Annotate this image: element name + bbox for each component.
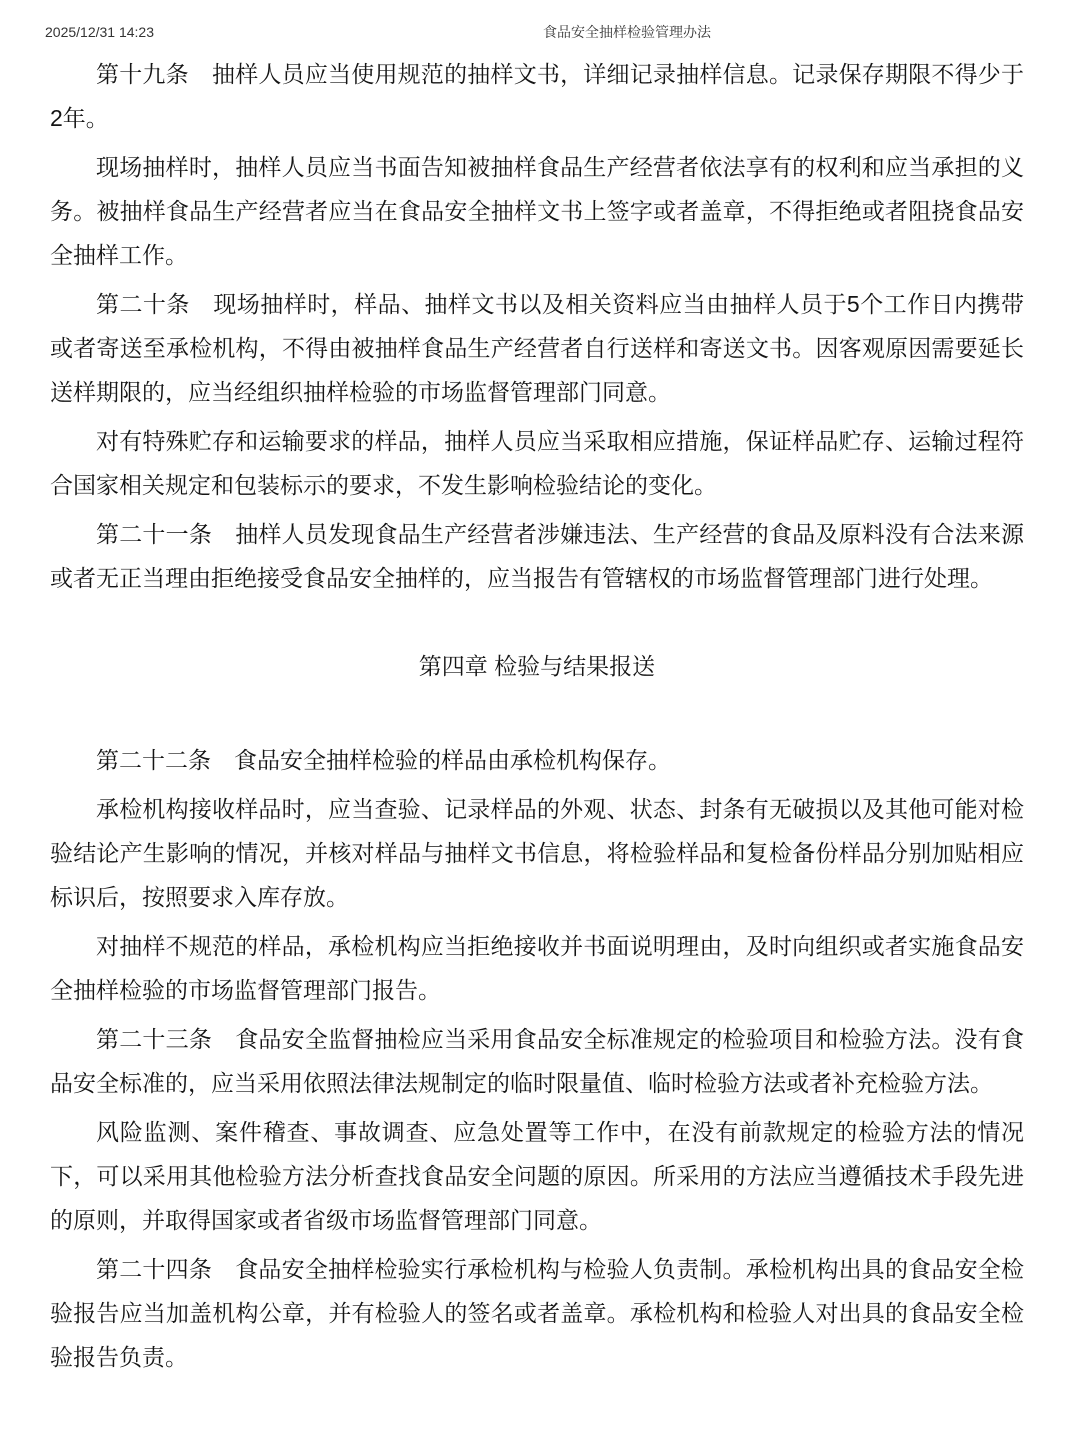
paragraph: 第二十二条 食品安全抽样检验的样品由承检机构保存。 — [50, 738, 1024, 782]
chapter-heading: 第四章 检验与结果报送 — [50, 644, 1024, 688]
paragraph: 现场抽样时，抽样人员应当书面告知被抽样食品生产经营者依法享有的权利和应当承担的义… — [50, 145, 1024, 277]
paragraph: 第二十四条 食品安全抽样检验实行承检机构与检验人负责制。承检机构出具的食品安全检… — [50, 1247, 1024, 1379]
document-page: 2025/12/31 14:23 食品安全抽样检验管理办法 第十九条 抽样人员应… — [0, 0, 1074, 1452]
document-body: 第十九条 抽样人员应当使用规范的抽样文书，详细记录抽样信息。记录保存期限不得少于… — [50, 52, 1024, 1384]
print-datetime: 2025/12/31 14:23 — [45, 22, 154, 42]
paragraph: 承检机构接收样品时，应当查验、记录样品的外观、状态、封条有无破损以及其他可能对检… — [50, 787, 1024, 919]
paragraph: 第二十一条 抽样人员发现食品生产经营者涉嫌违法、生产经营的食品及原料没有合法来源… — [50, 512, 1024, 600]
paragraph: 对抽样不规范的样品，承检机构应当拒绝接收并书面说明理由，及时向组织或者实施食品安… — [50, 924, 1024, 1012]
paragraph: 第十九条 抽样人员应当使用规范的抽样文书，详细记录抽样信息。记录保存期限不得少于… — [50, 52, 1024, 140]
paragraph: 第二十条 现场抽样时，样品、抽样文书以及相关资料应当由抽样人员于5个工作日内携带… — [50, 282, 1024, 414]
print-doc-title: 食品安全抽样检验管理办法 — [543, 22, 711, 42]
paragraph: 风险监测、案件稽查、事故调查、应急处置等工作中，在没有前款规定的检验方法的情况下… — [50, 1110, 1024, 1242]
paragraph: 对有特殊贮存和运输要求的样品，抽样人员应当采取相应措施，保证样品贮存、运输过程符… — [50, 419, 1024, 507]
paragraph: 第二十三条 食品安全监督抽检应当采用食品安全标准规定的检验项目和检验方法。没有食… — [50, 1017, 1024, 1105]
print-header: 2025/12/31 14:23 食品安全抽样检验管理办法 — [0, 22, 1074, 44]
